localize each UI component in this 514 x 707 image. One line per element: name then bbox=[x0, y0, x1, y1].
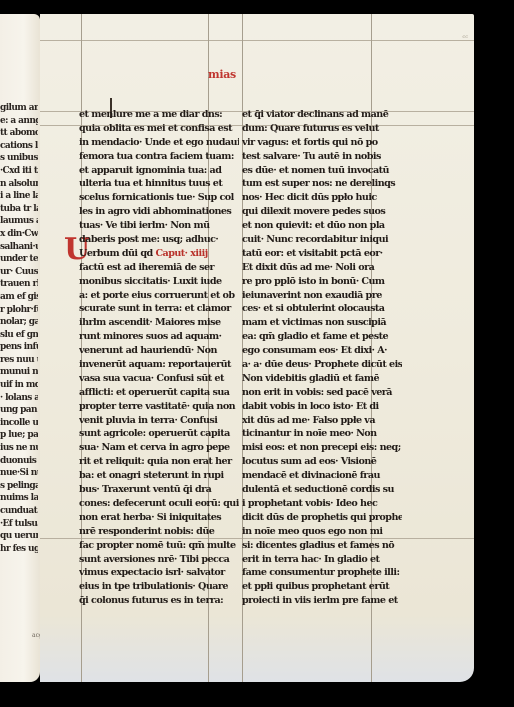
text-line: munui na de bbox=[0, 366, 38, 379]
text-line: ba: et onagri steterunt in rupi bbox=[79, 469, 239, 483]
text-line: ea: qm̄ gladio et fame et peste bbox=[242, 330, 402, 344]
text-line: tuas· Ve tibi ierlm· Non mū bbox=[79, 219, 239, 233]
text-line: et q̄i viator declinans ad manē bbox=[242, 108, 402, 122]
text-line: ticinantur in noīe meo· Non bbox=[242, 427, 402, 441]
text-line: et apparuit ignominia tua: ad bbox=[79, 164, 239, 178]
text-line: et non quievit: et dūo non pla bbox=[242, 219, 402, 233]
text-line: r plohr·fu bbox=[0, 304, 38, 317]
text-line: ur· Cuuson bbox=[0, 266, 38, 279]
text-line: fame consumentur prophete illi: bbox=[242, 566, 402, 580]
text-line: nue·Si nu bbox=[0, 467, 38, 480]
text-line: tatū eor: et visitabit pctā eor· bbox=[242, 247, 402, 261]
text-line: slu ef gna bbox=[0, 329, 38, 342]
text-line: laumus and bbox=[0, 215, 38, 228]
text-line: monibus siccitatis· Luxit iude bbox=[79, 275, 239, 289]
chapter-rubric: Caput· xiiij bbox=[155, 248, 207, 259]
text-line: les in agro vidi abhominationes bbox=[79, 205, 239, 219]
text-line: nrē responderint nobis: dūe bbox=[79, 525, 239, 539]
text-line: trauen rhe bbox=[0, 278, 38, 291]
text-line: test salvare· Tu autē in nobis bbox=[242, 150, 402, 164]
text-line: i prophetant vobis· Ideo hec bbox=[242, 497, 402, 511]
text-line: cations lacteus bbox=[0, 140, 38, 153]
text-line: incolle ung bbox=[0, 417, 38, 430]
text-line: ius ne nui bbox=[0, 442, 38, 455]
text-line: gilum angepr bbox=[0, 102, 38, 115]
text-line: cones: defecerunt oculi eorū: quia bbox=[79, 497, 239, 511]
text-line: propter terre vastitatē· quia non bbox=[79, 400, 239, 414]
text-line: e: a anngu ef bbox=[0, 115, 38, 128]
left-page-footer-mark: acg bbox=[32, 632, 40, 639]
text-line: dicit dūs de prophetis qui prophetāt bbox=[242, 511, 402, 525]
text-line: nuims lae bbox=[0, 492, 38, 505]
text-line: a· a· dūe deus· Prophete dicūt eis· bbox=[242, 358, 402, 372]
text-line: mendacē et divinacionē frau bbox=[242, 469, 402, 483]
text-line: dabit vobis in loco isto· Et di bbox=[242, 400, 402, 414]
text-line: · lolans ag bbox=[0, 392, 38, 405]
text-line: Uerbum dūi qd Caput· xiiij bbox=[79, 247, 239, 261]
text-line: s pelinga li bbox=[0, 480, 38, 493]
text-line: re pro pplō isto in bonū· Cum bbox=[242, 275, 402, 289]
text-line: res nuu usa bbox=[0, 354, 38, 367]
text-line: qu uerunu bbox=[0, 530, 38, 543]
text-line: hr fes ug bbox=[0, 543, 38, 556]
text-line: a: et porte eius corruerunt et ob bbox=[79, 289, 239, 303]
text-line: s unibus uunc bbox=[0, 152, 38, 165]
text-line: Non videbitis gladiū et famē bbox=[242, 372, 402, 386]
text-line: vir vagus: et fortis qui nō po bbox=[242, 136, 402, 150]
text-line: Et dixit dūs ad me· Noli ora bbox=[242, 261, 402, 275]
text-line: am ef gis bbox=[0, 291, 38, 304]
text-line: quia oblita es mei et confisa est bbox=[79, 122, 239, 136]
text-line: uif in mqu bbox=[0, 379, 38, 392]
text-line: vimus expectacio isrl· salvator bbox=[79, 566, 239, 580]
text-line: eius in tpe tribulationis· Quare bbox=[79, 580, 239, 594]
text-line: ung pan nn bbox=[0, 404, 38, 417]
text-line: runt minores suos ad aquam· bbox=[79, 330, 239, 344]
text-line: venerunt ad hauriendū· Non bbox=[79, 344, 239, 358]
text-line: sua· Nam et cerva in agro pepe bbox=[79, 441, 239, 455]
text-line: fac propter nomē tuū: qm̄ multe bbox=[79, 539, 239, 553]
text-line: afflicti: et operuerūt capita sua bbox=[79, 386, 239, 400]
text-line: ihrlm ascendit· Maiores mise bbox=[79, 316, 239, 330]
text-line: daberis post me: usq; adhuc· bbox=[79, 233, 239, 247]
text-line: non erat herba· Si iniquitates bbox=[79, 511, 239, 525]
text-line: salhani·u ei bbox=[0, 241, 38, 254]
text-line: et ppłi quibus prophetant erūt bbox=[242, 580, 402, 594]
text-line: pens infur bbox=[0, 341, 38, 354]
text-line: ieiunaverint non exaudiā pre bbox=[242, 289, 402, 303]
text-line: mam et victimas non suscipiā bbox=[242, 316, 402, 330]
text-line: et menlure me a me diar dns: bbox=[79, 108, 239, 122]
text-line: in mendacio· Unde et ego nudaui bbox=[79, 136, 239, 150]
running-head: mias bbox=[208, 68, 236, 81]
text-line: dulentā et seductionē cordis su bbox=[242, 483, 402, 497]
text-line: ego consumam eos· Et dixi· A· bbox=[242, 344, 402, 358]
text-line: cunduat au bbox=[0, 505, 38, 518]
text-line: ces· et si obtulerint olocausta bbox=[242, 302, 402, 316]
text-line: proiecti in viis ierlm pre fame et bbox=[242, 594, 402, 608]
text-line: qui dilexit movere pedes suos bbox=[242, 205, 402, 219]
text-line: ·Ef tulsuali bbox=[0, 518, 38, 531]
text-line: sunt agricole: operuerūt capita bbox=[79, 427, 239, 441]
text-line: si: dicentes gladius et fames nō bbox=[242, 539, 402, 553]
text-line: x din·Cw ur bbox=[0, 228, 38, 241]
text-line: bus· Traxerunt ventū q̄i dra bbox=[79, 483, 239, 497]
manuscript-page: cc mias U et menlure me a me diar dns:qu… bbox=[40, 14, 474, 682]
text-line: nos· Hec dicit dūs ppło huic bbox=[242, 191, 402, 205]
text-line: under te aqu bbox=[0, 253, 38, 266]
text-column-right: et q̄i viator declinans ad manēdum: Quar… bbox=[242, 108, 402, 608]
text-line: ulteria tua et hinnitus tuus et bbox=[79, 177, 239, 191]
text-line: scelus fornicationis tue· Sup col bbox=[79, 191, 239, 205]
text-line: tuba tr labar bbox=[0, 203, 38, 216]
text-line: nolar; gan bbox=[0, 316, 38, 329]
text-line: tum est super nos: ne derelinqs bbox=[242, 177, 402, 191]
text-line: xit dūs ad me· Falso ppłe va bbox=[242, 414, 402, 428]
facing-left-page: gilum angepre: a anngu eftt abomores atc… bbox=[0, 14, 40, 682]
text-line: i a line lapis bbox=[0, 190, 38, 203]
ruling-line-top bbox=[40, 40, 474, 41]
text-line: femora tua contra faciem tuam: bbox=[79, 150, 239, 164]
text-line: dum: Quare futurus es velut bbox=[242, 122, 402, 136]
text-line: misi eos: et non precepi eis: neq; bbox=[242, 441, 402, 455]
text-line: tt abomores at bbox=[0, 127, 38, 140]
text-line: cuit· Nunc recordabitur iniqui bbox=[242, 233, 402, 247]
text-line: in noīe meo quos ego non mi bbox=[242, 525, 402, 539]
text-line: venit pluvia in terra· Confusi bbox=[79, 414, 239, 428]
text-line: vasa sua vacua· Confusi sūt et bbox=[79, 372, 239, 386]
folio-mark: cc bbox=[462, 34, 468, 40]
text-line: non erit in vobis: sed pacē verā bbox=[242, 386, 402, 400]
text-line: invenerūt aquam: reportauerūt bbox=[79, 358, 239, 372]
text-line: scurate sunt in terra: et clamor bbox=[79, 302, 239, 316]
text-line: factū est ad iheremiā de ser bbox=[79, 261, 239, 275]
text-line: locutus sum ad eos· Visionē bbox=[242, 455, 402, 469]
text-line: rit et reliquit: quia non erat her bbox=[79, 455, 239, 469]
text-line: p lue; pa bbox=[0, 429, 38, 442]
left-page-text: gilum angepre: a anngu eftt abomores atc… bbox=[0, 102, 38, 592]
text-line: q̄i colonus futurus es in terra: bbox=[79, 594, 239, 608]
text-line: erit in terra hac· In gladio et bbox=[242, 553, 402, 567]
text-line: duonuis bbox=[0, 455, 38, 468]
text-line: es dūe· et nomen tuū invocatū bbox=[242, 164, 402, 178]
text-column-left: et menlure me a me diar dns:quia oblita … bbox=[79, 108, 239, 608]
text-line: n alsolun ib bbox=[0, 178, 38, 191]
text-line: sunt aversiones nrē· Tibi pecca bbox=[79, 553, 239, 567]
text-line: ·Cxd iti tr ua bbox=[0, 165, 38, 178]
